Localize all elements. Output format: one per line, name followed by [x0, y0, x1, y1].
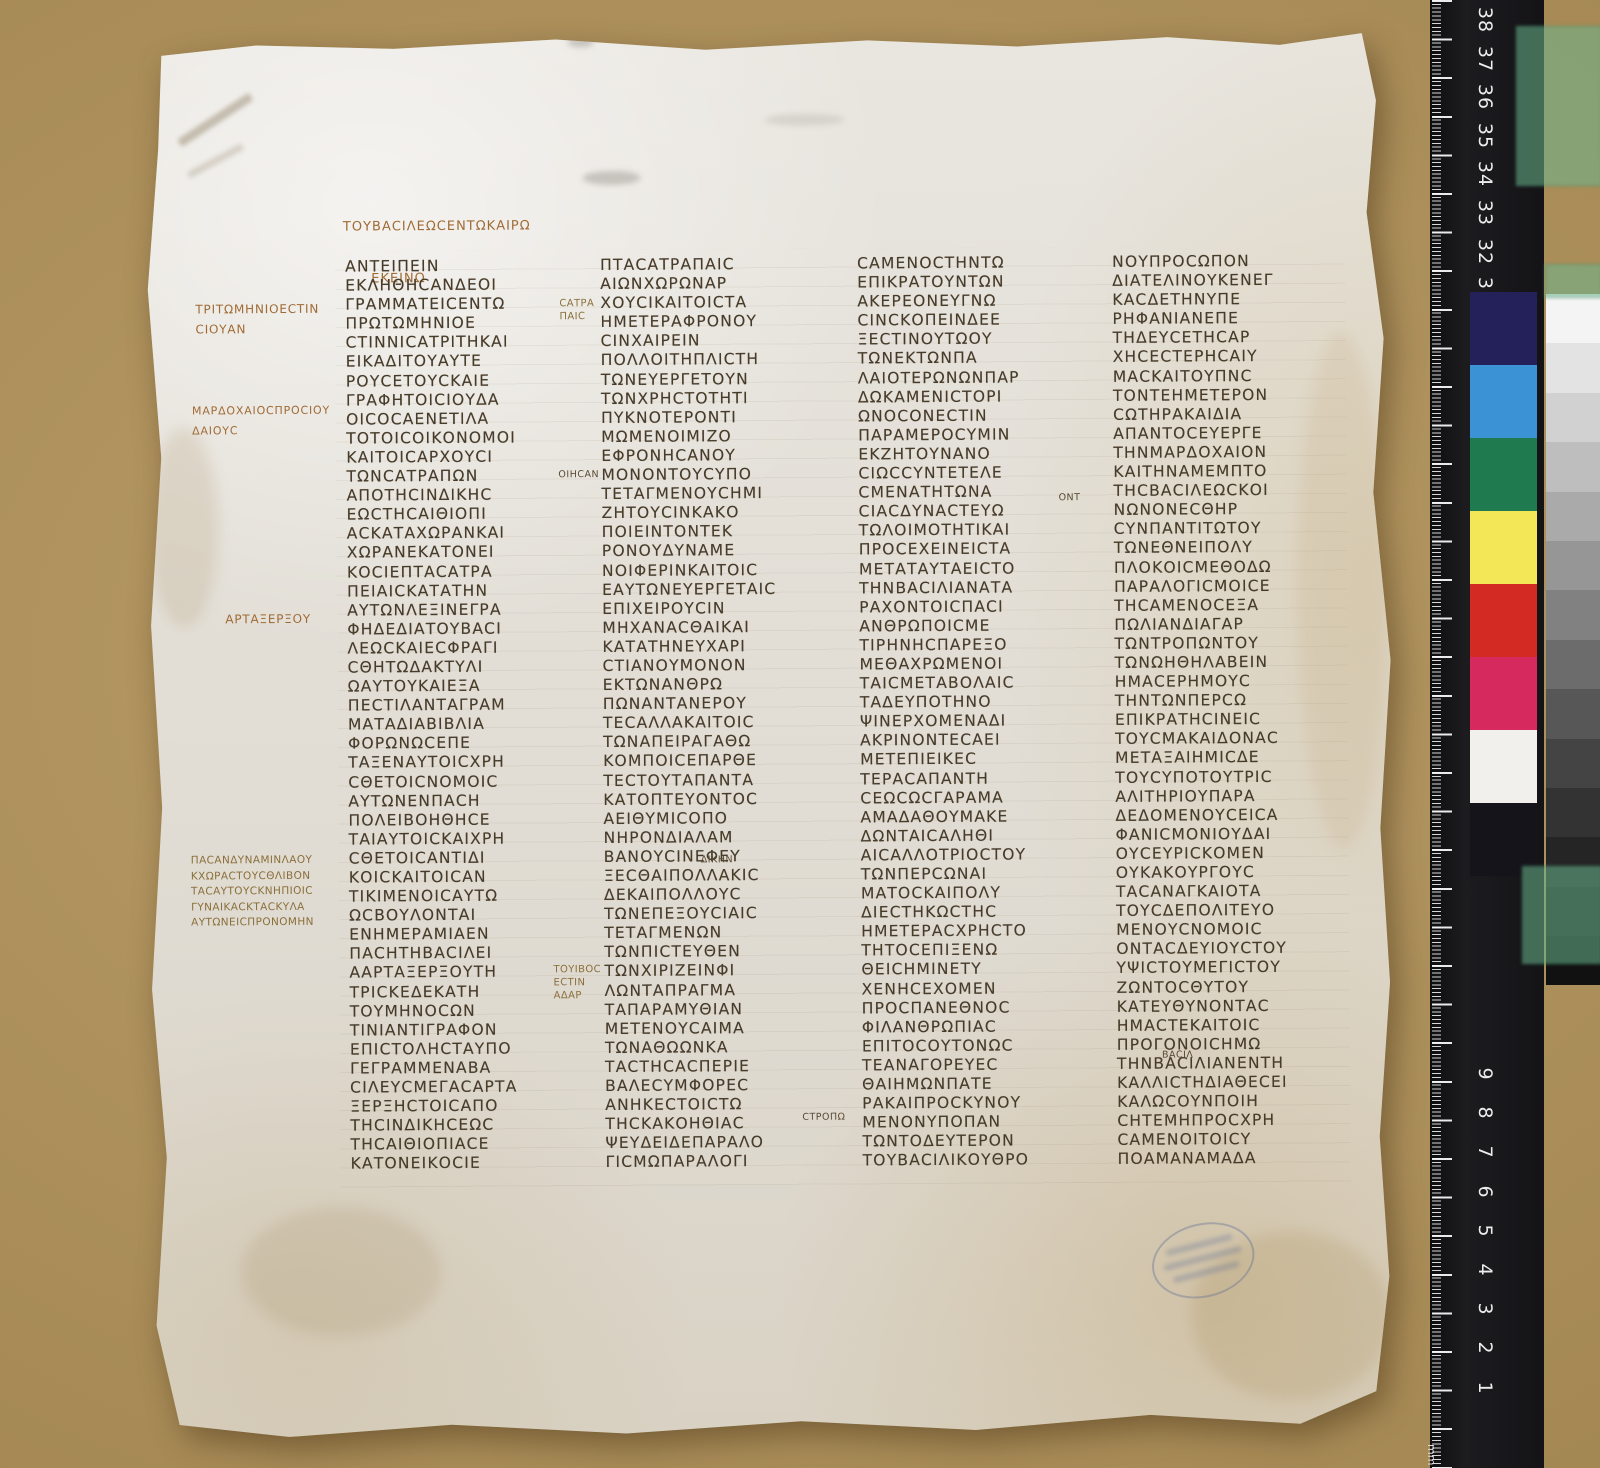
text-column-1: ΑΝΤΕΙΠΕΙΝ ΕΚΛΗΘΗCΑΝΔΕΟΙ ΓΡΑΜΜΑΤΕΙCΕΝΤΩ Π…: [345, 256, 619, 1174]
ruler-number: 5: [1472, 1211, 1496, 1251]
ruler-number: 9: [1472, 1054, 1496, 1094]
manuscript-photo: ΤΟΥΒΑCΙΛΕΩCΕΝΤΩΚΑΙΡΩ ΕΚΕΙΝΩ ΤΡΙΤΩΜΗΝΙΟΕC…: [148, 34, 1396, 1434]
smudge: [764, 114, 844, 126]
color-patch-navy: [1470, 292, 1537, 365]
ruler-number: 37: [1472, 39, 1496, 79]
smudge: [568, 37, 594, 47]
grayscale-step-7: [1546, 590, 1600, 639]
interlinear-correction: ΒΑCΙΛ: [1162, 1049, 1194, 1060]
ghost-writing: [187, 143, 245, 179]
text-column-4: ΝΟΥΠΡΟCΩΠΟΝ ΔΙΑΤΕΛΙΝΟΥΚΕΝΕΓ ΚΑCΔΕΤΗΝΥΠΕ …: [1112, 251, 1386, 1169]
color-patch-blue: [1470, 365, 1537, 438]
ruler-number: 7: [1472, 1132, 1496, 1172]
manuscript-page: ΤΟΥΒΑCΙΛΕΩCΕΝΤΩΚΑΙΡΩ ΕΚΕΙΝΩ ΤΡΙΤΩΜΗΝΙΟΕC…: [144, 30, 1401, 1438]
interlinear-correction: ΟΙΗCΑΝ: [558, 469, 599, 480]
green-clip: [1522, 866, 1600, 964]
color-patch-green: [1470, 438, 1537, 511]
grayscale-step-1: [1546, 294, 1600, 343]
color-patch-white: [1470, 730, 1537, 803]
green-clip: [1516, 26, 1600, 186]
interlinear-correction: ΔΙΚΗΝ: [701, 854, 733, 865]
margin-note-pasan-dynamin: ΠΑCΑΝΔΥΝΑΜΙΝΛΑΟΥ ΚΧΩΡΑCΤΟΥCΘΛΙΒΟΝ ΤΑCΑΥΤ…: [191, 853, 314, 931]
grayscale-step-11: [1546, 788, 1600, 837]
grayscale-step-3: [1546, 393, 1600, 442]
ghost-writing: [177, 92, 254, 147]
parchment-stain: [241, 1206, 442, 1337]
ruler-cm-ticks: [1432, 0, 1452, 1468]
margin-note-artaxerxou: ΑΡΤΑΞΕΡΞΟΥ: [225, 609, 311, 630]
color-patch-magenta: [1470, 657, 1537, 730]
grayscale-step-10: [1546, 739, 1600, 788]
ruler-number: 32: [1472, 232, 1496, 272]
interlinear-correction: ΟΝΤ: [1059, 492, 1081, 503]
parchment-stain: [148, 427, 219, 627]
ruler-unit-label: mm: [1425, 1444, 1438, 1465]
smudge: [583, 171, 641, 185]
color-patch-red: [1470, 584, 1537, 657]
text-column-2: ΠΤΑCΑΤΡΑΠΑΙC ΑΙΩΝΧΩΡΩΝΑΡ ΧΟΥCΙΚΑΙΤΟΙCΤΑ …: [600, 254, 874, 1172]
ruler-number: 3: [1472, 1289, 1496, 1329]
ruler-number: 1: [1472, 1368, 1496, 1408]
ruler-number: 4: [1472, 1250, 1496, 1290]
margin-note-mardochaios: ΜΑΡΔΟΧΑΙΟCΠΡΟCΙΟΥ ΔΑΙΟΥC: [192, 401, 330, 442]
color-calibration-strip: [1470, 292, 1537, 876]
grayscale-step-2: [1546, 343, 1600, 392]
library-stamp: [1144, 1212, 1263, 1309]
rubric-top-line1: ΤΟΥΒΑCΙΛΕΩCΕΝΤΩΚΑΙΡΩ: [343, 213, 531, 240]
ruler-number: 38: [1472, 0, 1496, 40]
grayscale-step-8: [1546, 640, 1600, 689]
grayscale-step-5: [1546, 492, 1600, 541]
ruler-number: 33: [1472, 193, 1496, 233]
grayscale-step-6: [1546, 541, 1600, 590]
interlinear-correction: CΤΡΟΠΩ: [802, 1112, 845, 1123]
green-clip: [1545, 264, 1600, 298]
ruler-number: 34: [1472, 154, 1496, 194]
ruler-number: 35: [1472, 116, 1496, 156]
ruler-number: 2: [1472, 1328, 1496, 1368]
ruler-number: 36: [1472, 77, 1496, 117]
ruler-number: 6: [1472, 1172, 1496, 1212]
ruler-number: 8: [1472, 1093, 1496, 1133]
grayscale-step-9: [1546, 689, 1600, 738]
margin-note-month-siouan: ΤΡΙΤΩΜΗΝΙΟΕCΤΙΝ CΙΟΥΑΝ: [195, 299, 319, 340]
color-patch-yellow: [1470, 511, 1537, 584]
grayscale-step-4: [1546, 442, 1600, 491]
text-column-3: CΑΜΕΝΟCΤΗΝΤΩ ΕΠΙΚΡΑΤΟΥΝΤΩΝ ΑΚΕΡΕΟΝΕΥΓΝΩ …: [857, 253, 1131, 1171]
